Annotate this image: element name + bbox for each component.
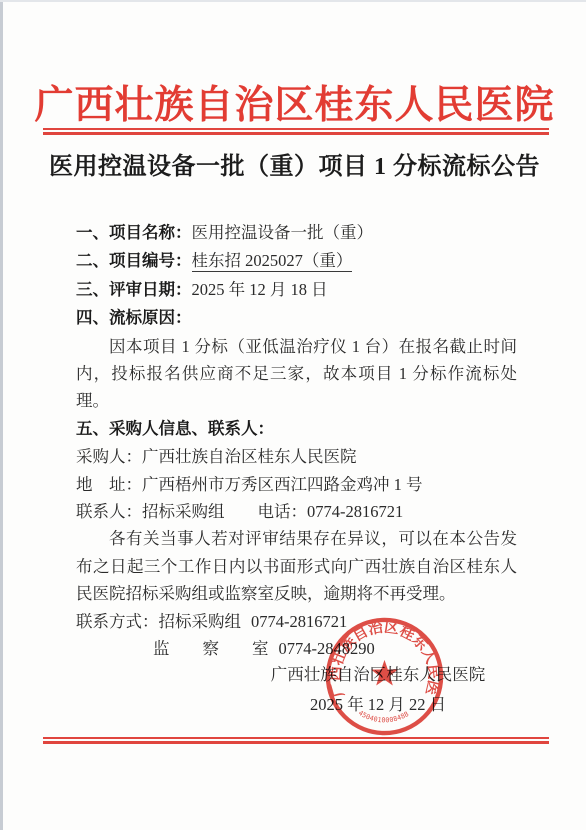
address-label: 地 址：: [76, 475, 142, 494]
contact-method-line1: 联系方式：招标采购组0774-2816721: [76, 608, 517, 635]
header-divider-thick-line: [43, 132, 549, 135]
purchaser-label: 采购人：: [76, 447, 142, 466]
item-project-number-label: 二、项目编号：: [76, 252, 192, 270]
contact-person-line: 联系人：招标采购组 电话：0774-2816721: [76, 498, 517, 525]
purchaser-line: 采购人：广西壮族自治区桂东人民医院: [76, 443, 517, 470]
document-body: 一、项目名称：医用控温设备一批（重） 二、项目编号：桂东招 2025027（重）…: [76, 219, 517, 663]
svg-text:广西壮族自治区桂东人民医院: 广西壮族自治区桂东人民医院: [323, 615, 442, 699]
contact-method-line2-name: 监 察 室: [153, 639, 269, 658]
hospital-name-header: 广西壮族自治区桂东人民医院: [3, 74, 586, 130]
failure-reason-paragraph: 因本项目 1 分标（亚低温治疗仪 1 台）在报名截止时间内，投标报名供应商不足三…: [76, 333, 517, 415]
item-project-name-label: 一、项目名称：: [76, 224, 192, 242]
item-review-date: 三、评审日期：2025 年 12 月 18 日: [76, 276, 517, 304]
document-title: 医用控温设备一批（重）项目 1 分标流标公告: [3, 146, 586, 181]
footer-divider: [43, 737, 549, 744]
contact-person-label: 联系人：: [76, 502, 142, 521]
contact-method-line1-name: 招标采购组: [159, 612, 242, 631]
address-line: 地 址：广西梧州市万秀区西江四路金鸡冲 1 号: [76, 471, 517, 498]
official-seal-stamp: 广西壮族自治区桂东人民医院 4504010008488: [323, 615, 446, 738]
address-value: 广西梧州市万秀区西江四路金鸡冲 1 号: [142, 475, 423, 494]
item-review-date-label: 三、评审日期：: [76, 281, 192, 299]
contact-person-value: 招标采购组 电话：0774-2816721: [142, 502, 403, 521]
footer-divider-thick-line: [43, 741, 549, 744]
item-project-name-value: 医用控温设备一批（重）: [192, 223, 374, 242]
objection-paragraph: 各有关当事人若对评审结果存在异议，可以在本公告发布之日起三个工作日内以书面形式向…: [76, 525, 517, 607]
contact-method-line2: 监 察 室0774-2848290: [76, 635, 517, 662]
header-divider: [43, 128, 549, 135]
seal-ring-text: 广西壮族自治区桂东人民医院: [323, 615, 442, 699]
item-failure-reason-heading: 四、流标原因：: [76, 304, 517, 332]
svg-text:4504010008488: 4504010008488: [357, 709, 410, 724]
seal-star-icon: [371, 660, 398, 686]
item-project-number-value: 桂东招 2025027（重）: [192, 251, 353, 272]
purchaser-value: 广西壮族自治区桂东人民医院: [142, 447, 357, 466]
contact-method-label: 联系方式：: [76, 612, 159, 631]
item-review-date-value: 2025 年 12 月 18 日: [192, 280, 328, 299]
item-purchaser-heading: 五、采购人信息、联系人：: [76, 415, 517, 443]
item-failure-reason-label: 四、流标原因：: [76, 309, 192, 327]
item-purchaser-heading-label: 五、采购人信息、联系人：: [76, 420, 274, 438]
item-project-name: 一、项目名称：医用控温设备一批（重）: [76, 219, 517, 247]
seal-code-text: 4504010008488: [357, 709, 410, 724]
item-project-number: 二、项目编号：桂东招 2025027（重）: [76, 247, 517, 275]
document-page: 广西壮族自治区桂东人民医院 医用控温设备一批（重）项目 1 分标流标公告 一、项…: [3, 2, 586, 830]
